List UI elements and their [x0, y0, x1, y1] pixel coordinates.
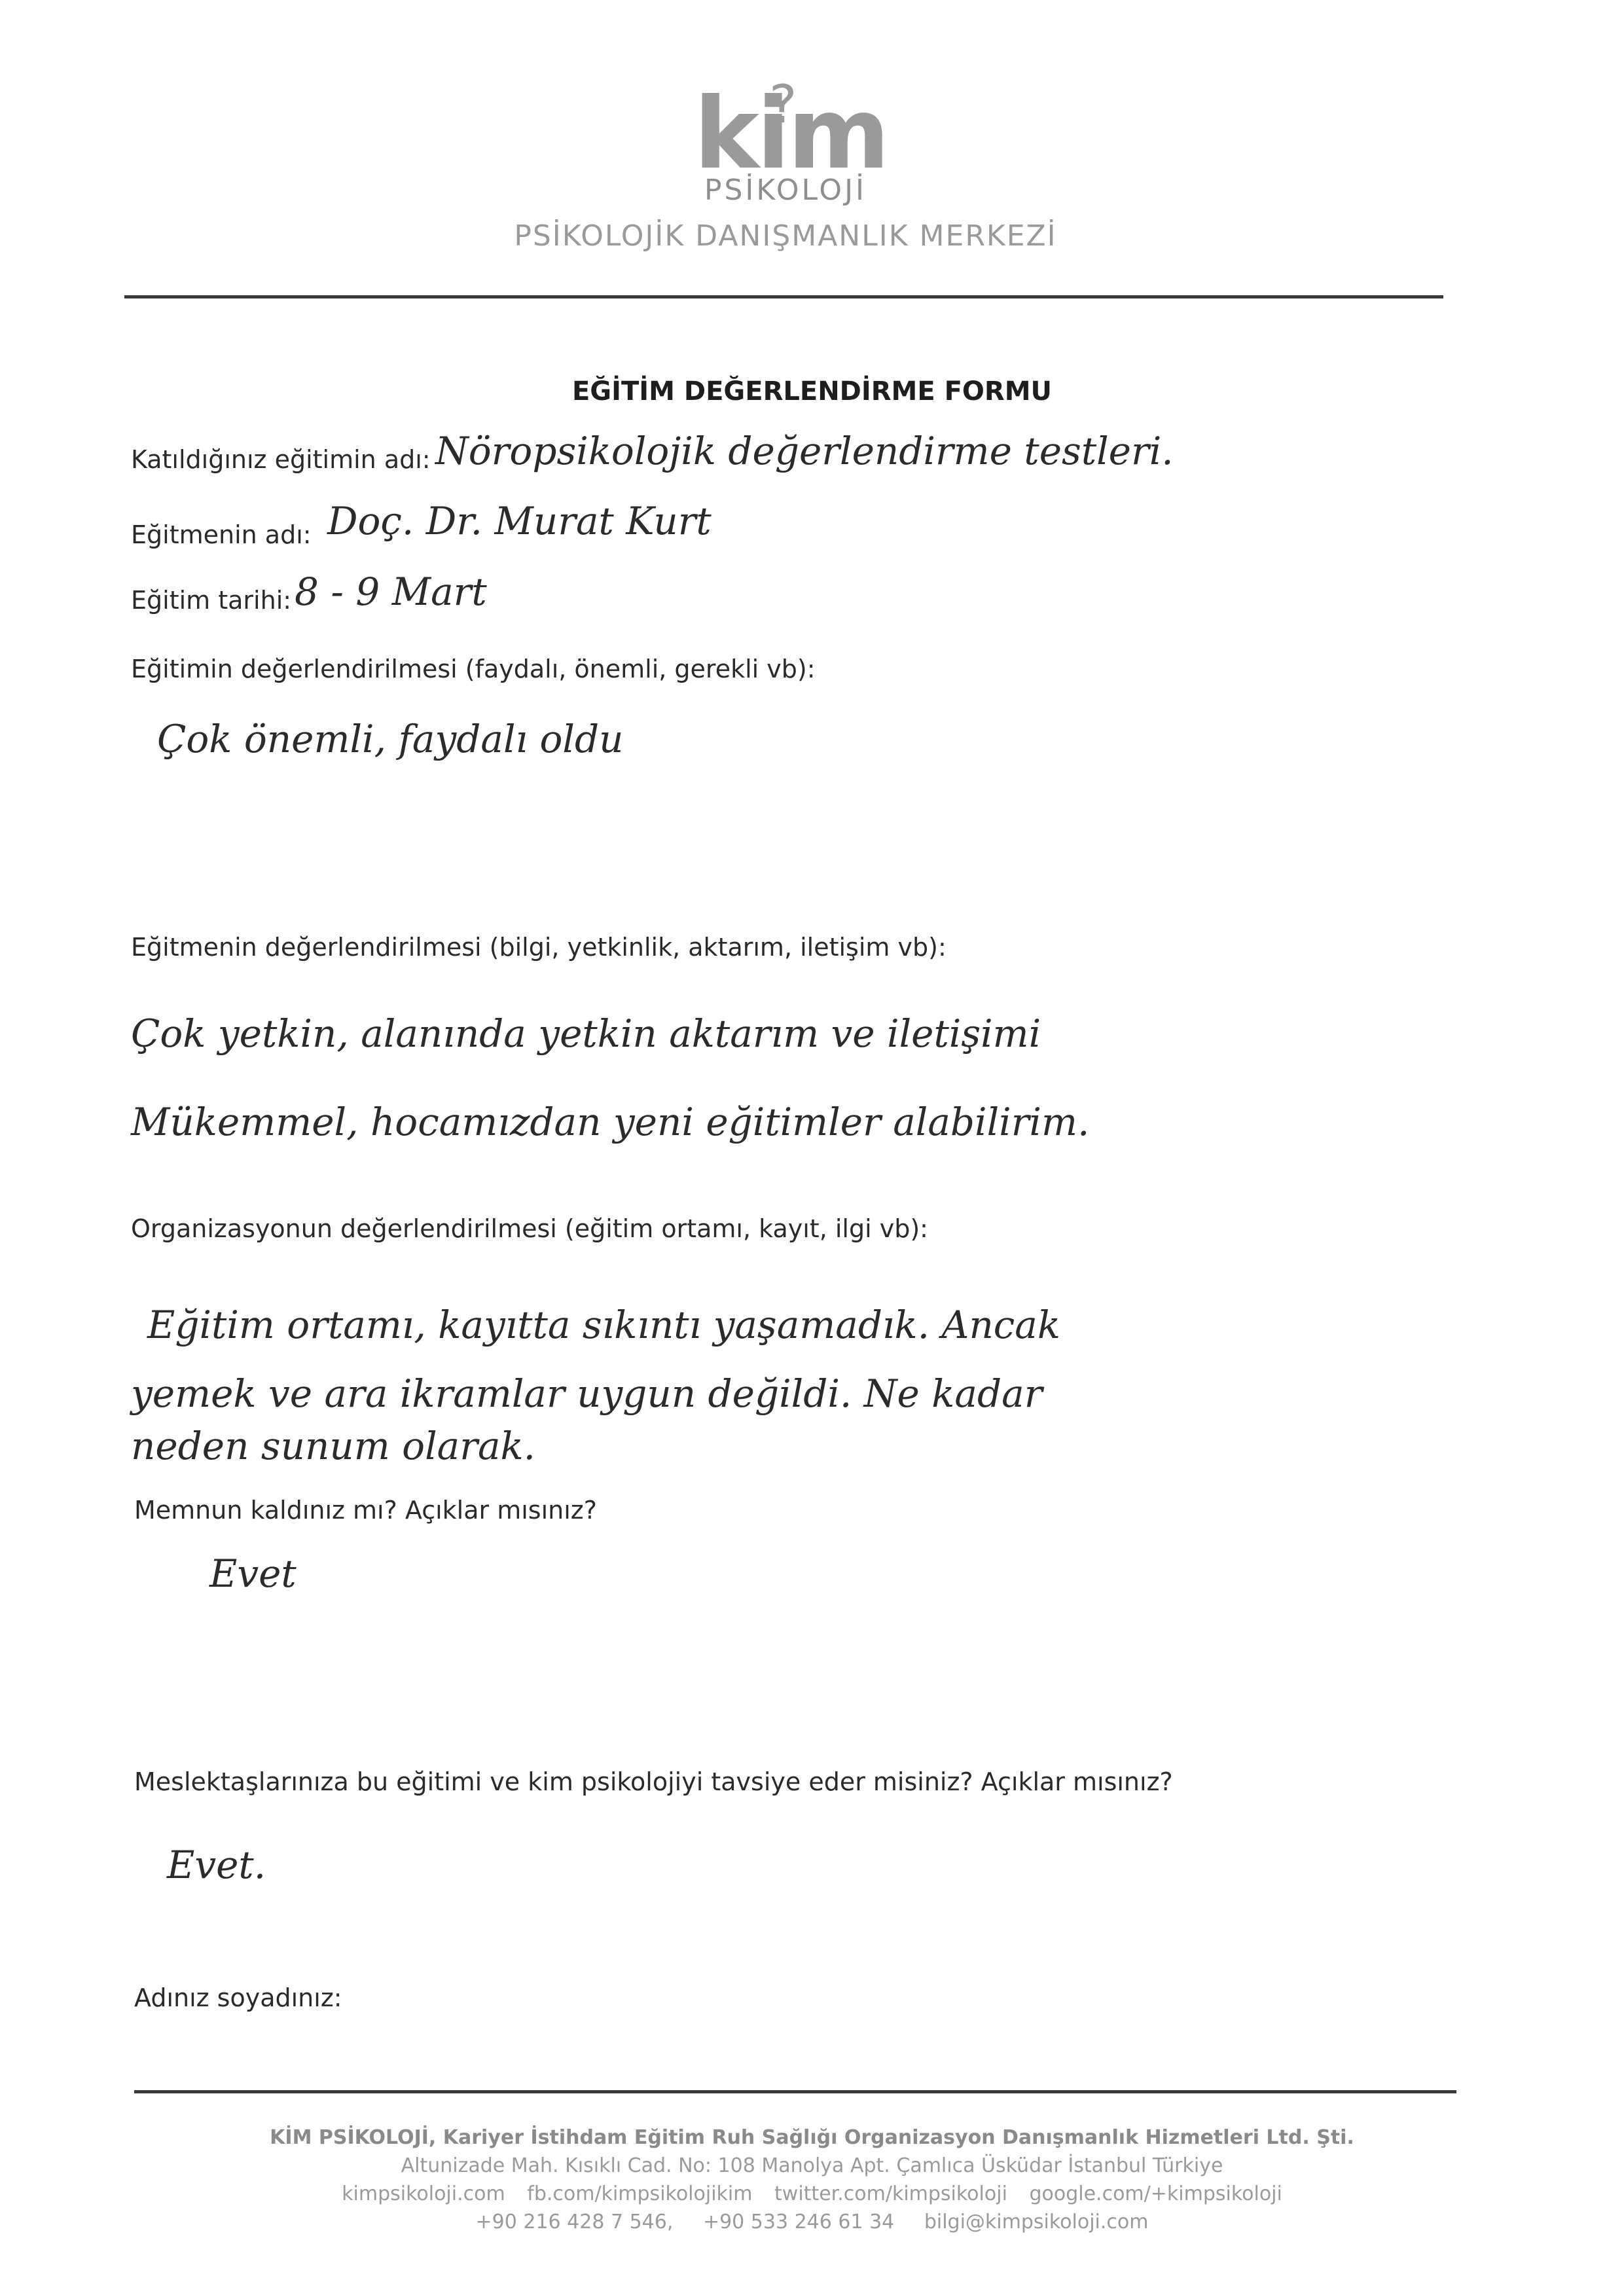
- answer-trainer-evaluation-line-1[interactable]: Çok yetkin, alanında yetkin aktarım ve i…: [131, 1011, 1041, 1056]
- footer-contact: +90 216 428 7 546, +90 533 246 61 34 bil…: [0, 2211, 1624, 2233]
- logo-name: PSİKOLOJİ: [655, 173, 916, 207]
- form-title: EĞİTİM DEĞERLENDİRME FORMU: [0, 376, 1624, 407]
- name-field[interactable]: [367, 1970, 759, 2010]
- answer-recommendation[interactable]: Evet.: [167, 1843, 266, 1887]
- footer-phone-1: +90 216 428 7 546,: [476, 2211, 674, 2233]
- footer-phone-2: +90 533 246 61 34: [703, 2211, 894, 2233]
- question-label-organization-evaluation: Organizasyonun değerlendirilmesi (eğitim…: [131, 1214, 928, 1243]
- question-label-recommendation: Meslektaşlarınıza bu eğitimi ve kim psik…: [134, 1767, 1173, 1796]
- footer-link-website[interactable]: kimpsikoloji.com: [342, 2182, 505, 2205]
- header-divider: [124, 295, 1443, 298]
- answer-training-evaluation-line-1[interactable]: Çok önemli, faydalı oldu: [157, 717, 623, 761]
- field-label-training-date: Eğitim tarihi:: [131, 586, 291, 615]
- field-label-training-name: Katıldığınız eğitimin adı:: [131, 445, 431, 474]
- footer-address: Altunizade Mah. Kısıklı Cad. No: 108 Man…: [0, 2154, 1624, 2177]
- question-label-trainer-evaluation: Eğitmenin değerlendirilmesi (bilgi, yetk…: [131, 933, 947, 962]
- question-label-training-evaluation: Eğitimin değerlendirilmesi (faydalı, öne…: [131, 655, 816, 683]
- answer-trainer-evaluation-line-2[interactable]: Mükemmel, hocamızdan yeni eğitimler alab…: [131, 1100, 1089, 1144]
- answer-satisfaction[interactable]: Evet: [209, 1551, 297, 1596]
- name-label: Adınız soyadınız:: [134, 1983, 342, 2012]
- logo-mark: kim: [694, 92, 884, 177]
- footer-email[interactable]: bilgi@kimpsikoloji.com: [924, 2211, 1149, 2233]
- footer-company: KİM PSİKOLOJİ, Kariyer İstihdam Eğitim R…: [0, 2126, 1624, 2149]
- footer-link-facebook[interactable]: fb.com/kimpsikolojikim: [527, 2182, 752, 2205]
- field-value-training-date[interactable]: 8 - 9 Mart: [295, 569, 487, 614]
- field-value-training-name[interactable]: Nöropsikolojik değerlendirme testleri.: [435, 429, 1174, 473]
- footer-link-twitter[interactable]: twitter.com/kimpsikoloji: [774, 2182, 1007, 2205]
- footer-divider: [134, 2090, 1456, 2093]
- footer-link-google[interactable]: google.com/+kimpsikoloji: [1029, 2182, 1282, 2205]
- footer-links: kimpsikoloji.com fb.com/kimpsikolojikim …: [0, 2182, 1624, 2205]
- field-label-trainer-name: Eğitmenin adı:: [131, 520, 312, 549]
- answer-organization-evaluation-line-3[interactable]: neden sunum olarak.: [131, 1424, 535, 1468]
- answer-organization-evaluation-line-2[interactable]: yemek ve ara ikramlar uygun değildi. Ne …: [131, 1371, 1042, 1416]
- field-value-trainer-name[interactable]: Doç. Dr. Murat Kurt: [327, 499, 712, 543]
- answer-organization-evaluation-line-1[interactable]: Eğitim ortamı, kayıtta sıkıntı yaşamadık…: [147, 1303, 1060, 1347]
- question-label-satisfaction: Memnun kaldınız mı? Açıklar mısınız?: [134, 1496, 597, 1525]
- logo-subtitle: PSİKOLOJİK DANIŞMANLIK MERKEZİ: [327, 219, 1244, 253]
